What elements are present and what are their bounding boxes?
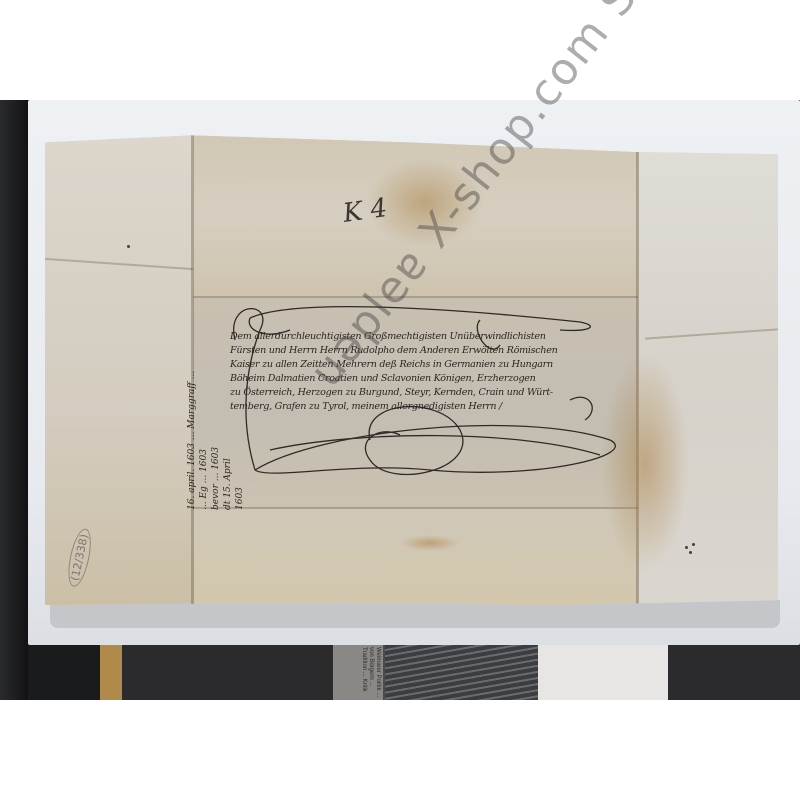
docket-mark: K 4	[341, 193, 389, 229]
document-shadow	[50, 600, 780, 628]
address-line: Dem allerdurchleuchtigisten Großmechtigi…	[230, 330, 630, 344]
top-white-margin	[0, 0, 800, 100]
ink-speck	[692, 543, 695, 546]
newspaper-scrap: Weimarer Politik ... von Bürgern ... Tra…	[333, 645, 538, 700]
newspaper-text: Weimarer Politik ... von Bürgern ... Tra…	[333, 645, 383, 700]
address-line: Fürsten und Herrn Herrn Rudolpho dem And…	[230, 344, 630, 358]
ink-speck	[127, 245, 130, 248]
side-note-line: ... Eg ... 1603	[198, 371, 210, 510]
address-line: temberg, Grafen zu Tyrol, meinem allergn…	[230, 400, 630, 414]
bottom-white-margin	[0, 700, 800, 800]
white-card	[538, 645, 668, 700]
newspaper-pattern	[385, 645, 538, 700]
side-note: 16. april. 1603 ... Marggraff ... ... Eg…	[186, 371, 246, 510]
left-fold-panel	[45, 133, 193, 605]
ink-speck	[685, 546, 688, 549]
address-block: Dem allerdurchleuchtigisten Großmechtigi…	[230, 330, 630, 414]
wooden-edge	[100, 645, 122, 700]
stain-bottom	[400, 535, 460, 551]
address-line: zu Österreich, Herzogen zu Burgund, Stey…	[230, 386, 630, 400]
side-note-line: bevor ... 1603	[210, 371, 222, 510]
fold-line-left	[191, 133, 194, 605]
side-note-line: 1603	[234, 371, 246, 510]
fold-line-lower	[193, 507, 638, 509]
side-note-line: dt 15. April	[222, 371, 234, 510]
address-line: Böheim Dalmatien Croatien und Sclavonien…	[230, 372, 630, 386]
center-bottom-panel	[193, 508, 638, 605]
address-line: Kaiser zu allen Zeitten Mehrern deß Reic…	[230, 358, 630, 372]
side-note-line: 16. april. 1603 ... Marggraff ...	[186, 371, 198, 510]
backdrop-left-edge	[0, 100, 28, 700]
ink-speck	[689, 551, 692, 554]
